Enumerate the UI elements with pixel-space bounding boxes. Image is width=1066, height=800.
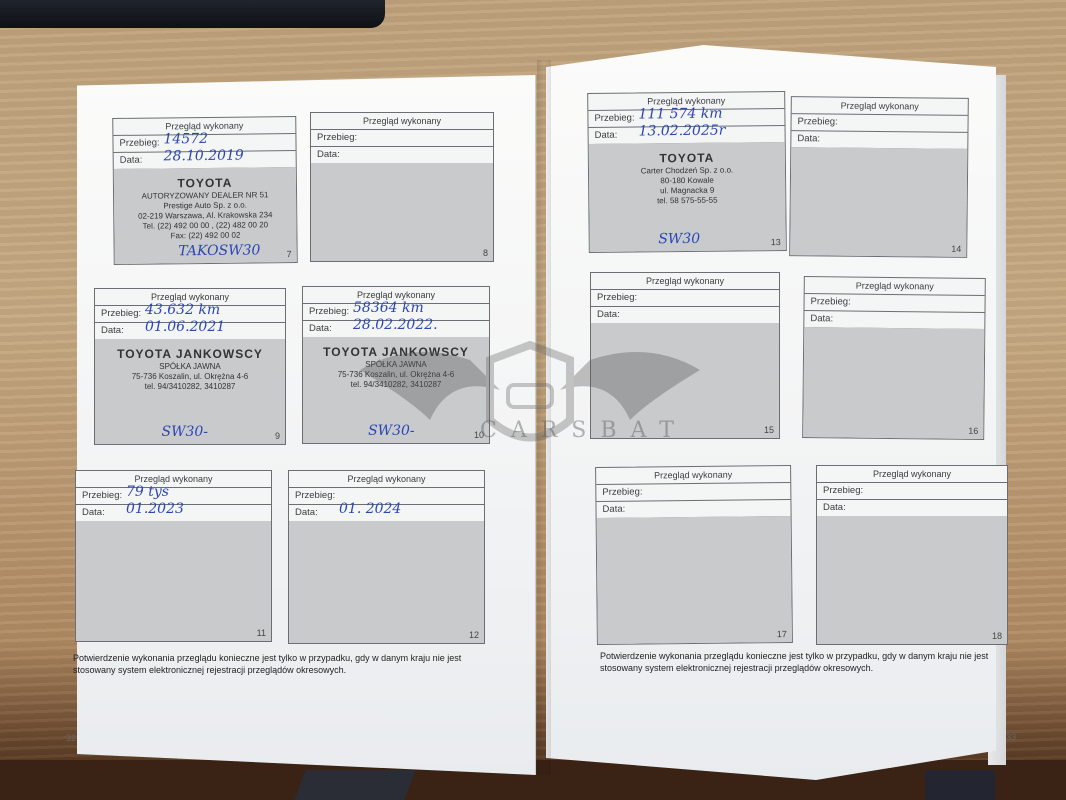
mileage-value: 14572 — [163, 131, 208, 147]
date-row: Data:01.2023 — [76, 505, 271, 522]
dealer-stamp: TOYOTAAUTORYZOWANY DEALER NR 51Prestige … — [122, 175, 289, 242]
page-number-left: 32 — [66, 733, 76, 743]
inspection-card: Przegląd wykonany Przebieg: Data: 14 — [789, 96, 969, 258]
stamp-area — [817, 516, 1007, 644]
dealer-stamp: TOYOTA JANKOWSCYSPÓŁKA JAWNA75-736 Kosza… — [311, 345, 481, 390]
signature: SW30- — [162, 424, 209, 440]
mileage-row: Przebieg: — [596, 483, 790, 502]
stamp-line: TOYOTA JANKOWSCY — [103, 347, 277, 362]
inspection-card: Przegląd wykonany Przebieg:58364 km Data… — [302, 286, 490, 444]
mileage-value: 79 tys — [126, 484, 169, 500]
card-number: 7 — [287, 249, 292, 259]
inspection-card: Przegląd wykonany Przebieg:43.632 km Dat… — [94, 288, 286, 445]
mileage-label: Przebieg: — [594, 113, 634, 124]
inspection-card: Przegląd wykonany Przebieg: Data: 16 — [802, 276, 986, 440]
mileage-label: Przebieg: — [295, 490, 335, 501]
stamp-line: tel. 94/3410282, 3410287 — [103, 382, 277, 392]
signature: SW30 — [658, 231, 700, 247]
mileage-label: Przebieg: — [82, 490, 122, 501]
stamp-line: tel. 94/3410282, 3410287 — [311, 380, 481, 390]
date-value: 28.10.2019 — [164, 148, 244, 165]
dealer-stamp: TOYOTACarter Chodzeń Sp. z o.o.80-180 Ko… — [597, 150, 778, 207]
date-row: Data: — [817, 500, 1007, 517]
date-label: Data: — [317, 149, 340, 160]
card-header: Przegląd wykonany — [817, 466, 1007, 483]
stamp-line: TOYOTA — [122, 175, 288, 192]
date-label: Data: — [309, 323, 332, 334]
stamp-line: 75-736 Koszalin, ul. Okrężna 4-6 — [311, 370, 481, 380]
stamp-area — [803, 327, 984, 439]
pen-object — [295, 770, 416, 800]
mileage-row: Przebieg: — [791, 114, 967, 133]
card-header: Przegląd wykonany — [311, 113, 493, 130]
mileage-row: Przebieg: — [817, 483, 1007, 500]
mileage-value: 43.632 km — [145, 302, 220, 318]
date-label: Data: — [602, 504, 625, 515]
card-number: 8 — [483, 248, 488, 258]
date-value: 28.02.2022. — [353, 317, 438, 333]
inspection-card: Przegląd wykonany Przebieg: Data: 8 — [310, 112, 494, 262]
stamp-line: Fax: (22) 492 00 02 — [122, 230, 288, 242]
card-number: 16 — [968, 426, 978, 436]
card-header: Przegląd wykonany — [596, 466, 790, 485]
card-number: 9 — [275, 431, 280, 441]
date-label: Data: — [810, 313, 833, 324]
card-header: Przegląd wykonany — [76, 471, 271, 488]
mileage-label: Przebieg: — [811, 296, 851, 307]
date-value: 13.02.2025r — [638, 123, 725, 140]
date-row: Data:28.02.2022. — [303, 321, 489, 338]
mileage-label: Przebieg: — [798, 116, 838, 127]
stamp-area — [311, 163, 493, 261]
dealer-stamp: TOYOTA JANKOWSCYSPÓŁKA JAWNA75-736 Kosza… — [103, 347, 277, 392]
inspection-card: Przegląd wykonany Przebieg:14572 Data:28… — [112, 116, 298, 265]
mileage-row: Przebieg: — [591, 290, 779, 307]
date-label: Data: — [82, 507, 105, 518]
card-number: 17 — [777, 629, 787, 639]
date-row: Data: — [591, 307, 779, 324]
date-value: 01.2023 — [126, 501, 184, 517]
stamp-area — [289, 521, 484, 643]
date-value: 01. 2024 — [339, 501, 401, 517]
mileage-value: 58364 km — [353, 300, 424, 316]
mileage-label: Przebieg: — [309, 306, 349, 317]
inspection-card: Przegląd wykonany Przebieg:111 574 km Da… — [587, 91, 787, 253]
stamp-line: 75-736 Koszalin, ul. Okrężna 4-6 — [103, 372, 277, 382]
mileage-label: Przebieg: — [101, 308, 141, 319]
date-row: Data:01. 2024 — [289, 505, 484, 522]
mileage-label: Przebieg: — [602, 487, 642, 498]
mileage-row: Przebieg: — [311, 130, 493, 147]
date-label: Data: — [797, 133, 820, 144]
stamp-line: tel. 58 575-55-55 — [597, 195, 777, 207]
date-label: Data: — [295, 507, 318, 518]
mileage-label: Przebieg: — [823, 485, 863, 496]
date-label: Data: — [120, 155, 143, 166]
date-label: Data: — [597, 309, 620, 320]
card-number: 12 — [469, 630, 479, 640]
card-number: 14 — [951, 244, 961, 254]
stamp-line: SPÓŁKA JAWNA — [103, 362, 277, 372]
card-number: 13 — [771, 237, 781, 247]
stamp-line: SPÓŁKA JAWNA — [311, 360, 481, 370]
card-header: Przegląd wykonany — [591, 273, 779, 290]
mileage-label: Przebieg: — [317, 132, 357, 143]
date-label: Data: — [595, 130, 618, 141]
card-header: Przegląd wykonany — [805, 277, 985, 296]
inspection-card: Przegląd wykonany Przebieg: Data: 18 — [816, 465, 1008, 645]
mileage-label: Przebieg: — [119, 137, 159, 148]
inspection-card: Przegląd wykonany Przebieg: Data:01. 202… — [288, 470, 485, 644]
stamp-area — [76, 521, 271, 641]
date-row: Data: — [311, 147, 493, 164]
card-header: Przegląd wykonany — [289, 471, 484, 488]
stamp-area — [790, 147, 967, 257]
left-footnote: Potwierdzenie wykonania przeglądu koniec… — [73, 652, 493, 676]
card-number: 18 — [992, 631, 1002, 641]
signature: SW30- — [368, 423, 415, 439]
stamp-line: TOYOTA JANKOWSCY — [311, 345, 481, 360]
card-header: Przegląd wykonany — [792, 97, 968, 116]
mileage-row: Przebieg: — [804, 294, 984, 313]
page-number-right: 33 — [1006, 732, 1016, 742]
black-tube-object — [0, 0, 385, 28]
date-label: Data: — [823, 502, 846, 513]
date-row: Data:01.06.2021 — [95, 323, 285, 340]
stamp-area — [597, 516, 792, 644]
mileage-value: 111 574 km — [638, 106, 722, 123]
watermark-text: CARSBAT — [480, 418, 688, 443]
card-number: 11 — [257, 628, 266, 638]
date-value: 01.06.2021 — [145, 319, 225, 335]
inspection-card: Przegląd wykonany Przebieg:79 tys Data:0… — [75, 470, 272, 642]
date-label: Data: — [101, 325, 124, 336]
mileage-label: Przebieg: — [597, 292, 637, 303]
inspection-card: Przegląd wykonany Przebieg: Data: 17 — [595, 465, 793, 645]
dark-object — [925, 770, 995, 800]
signature: TAKOSW30 — [178, 242, 260, 259]
card-number: 15 — [764, 425, 774, 435]
right-footnote: Potwierdzenie wykonania przeglądu koniec… — [600, 650, 1010, 674]
inspection-card: Przegląd wykonany Przebieg: Data: 15 — [590, 272, 780, 439]
